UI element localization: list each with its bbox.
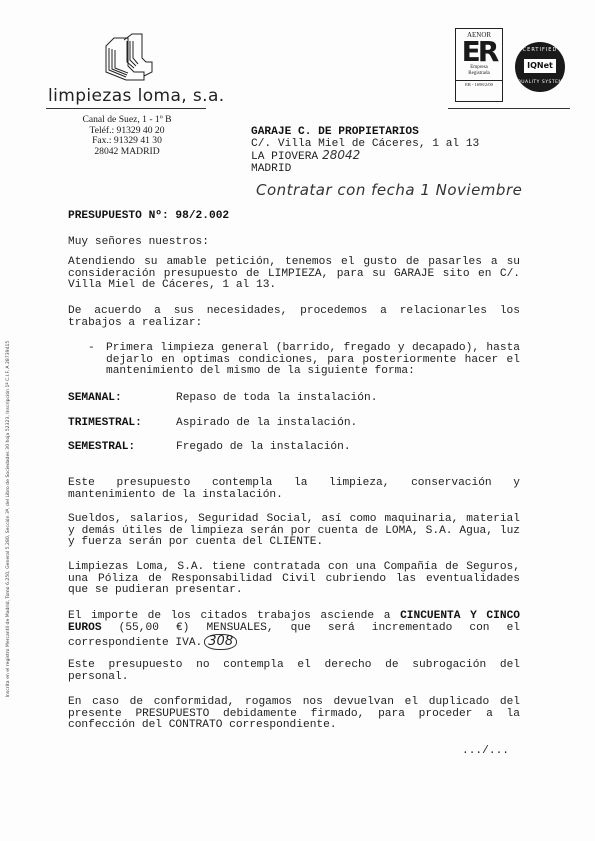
schedule-task: Fregado de la instalación. bbox=[176, 441, 351, 453]
iqnet-certification-badge: CERTIFIED IQNet QUALITY SYSTEM bbox=[515, 42, 565, 92]
bullet-item: Primera limpieza general (barrido, frega… bbox=[106, 343, 520, 378]
aenor-certification-badge: AENOR ER Empresa Registrada ER - 1698/2/… bbox=[455, 28, 503, 102]
iqnet-label: IQNet bbox=[524, 59, 556, 73]
bullet-dash: - bbox=[88, 343, 95, 355]
registry-margin-text: Inscrita en el registro Mercantil de Mad… bbox=[6, 339, 18, 699]
schedule-row: SEMANAL:Repaso de toda la instalación. bbox=[68, 393, 377, 405]
sender-fax: Fax.: 91329 41 30 bbox=[72, 136, 182, 147]
works-intro-paragraph: De acuerdo a sus necesidades, procedemos… bbox=[68, 306, 520, 329]
continuation-marker: .../... bbox=[462, 746, 509, 758]
handwritten-postal-code: 28042 bbox=[322, 148, 360, 162]
schedule-label: TRIMESTRAL: bbox=[68, 418, 176, 430]
salutation: Muy señores nuestros: bbox=[68, 237, 209, 249]
header-divider bbox=[448, 108, 570, 109]
schedule-task: Aspirado de la instalación. bbox=[176, 417, 357, 429]
intro-paragraph: Atendiendo su amable petición, tenemos e… bbox=[68, 257, 520, 292]
scope-paragraph: Este presupuesto contempla la limpieza, … bbox=[68, 478, 520, 501]
recipient-name: GARAJE C. DE PROPIETARIOS bbox=[251, 127, 479, 139]
recipient-address: GARAJE C. DE PROPIETARIOS C/. Villa Miel… bbox=[251, 127, 479, 175]
aenor-code: ER - 1698/2/00 bbox=[456, 80, 502, 87]
iqnet-ring-text: QUALITY SYSTEM bbox=[515, 80, 565, 85]
company-name: limpiezas loma, s.a. bbox=[48, 86, 225, 106]
handwritten-iva-note: 308 bbox=[204, 634, 237, 650]
budget-number: PRESUPUESTO Nº: 98/2.002 bbox=[68, 211, 229, 223]
sender-street: Canal de Suez, 1 - 1º B bbox=[72, 115, 182, 126]
iqnet-ring-text: CERTIFIED bbox=[515, 47, 565, 53]
handwritten-note: Contratar con fecha 1 Noviembre bbox=[256, 181, 522, 199]
costs-paragraph: Sueldos, salarios, Seguridad Social, así… bbox=[68, 514, 520, 549]
schedule-task: Repaso de toda la instalación. bbox=[176, 392, 377, 404]
recipient-district: LA PIOVERA bbox=[251, 151, 318, 163]
sender-city: 28042 MADRID bbox=[72, 147, 182, 158]
sender-address: Canal de Suez, 1 - 1º B Teléf.: 91329 40… bbox=[72, 115, 182, 157]
schedule-row: TRIMESTRAL:Aspirado de la instalación. bbox=[68, 418, 357, 430]
recipient-street: C/. Villa Miel de Cáceres, 1 al 13 bbox=[251, 139, 479, 151]
price-paragraph: El importe de los citados trabajos ascie… bbox=[68, 611, 520, 650]
aenor-subtitle: Registrada bbox=[456, 71, 502, 77]
insurance-paragraph: Limpiezas Loma, S.A. tiene contratada co… bbox=[68, 562, 520, 597]
subrogation-paragraph: Este presupuesto no contempla el derecho… bbox=[68, 660, 520, 683]
aenor-er-mark: ER bbox=[456, 39, 502, 65]
schedule-label: SEMESTRAL: bbox=[68, 442, 176, 454]
price-prefix: El importe de los citados trabajos ascie… bbox=[68, 610, 400, 622]
closing-paragraph: En caso de conformidad, rogamos nos devu… bbox=[68, 697, 520, 732]
ll-monogram-icon bbox=[98, 32, 154, 84]
schedule-label: SEMANAL: bbox=[68, 393, 176, 405]
price-amount-figure: (55,00 €) MENSUALES, que será incrementa… bbox=[68, 622, 520, 650]
recipient-city: MADRID bbox=[251, 164, 479, 176]
header-divider bbox=[46, 108, 206, 109]
schedule-row: SEMESTRAL:Fregado de la instalación. bbox=[68, 442, 351, 454]
